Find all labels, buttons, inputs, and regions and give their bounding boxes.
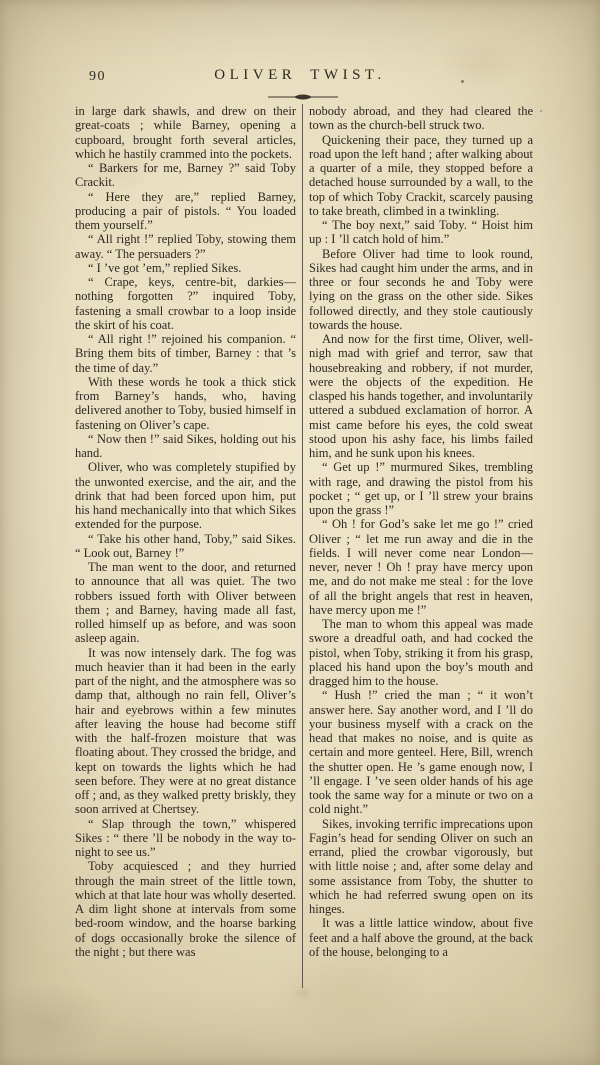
paragraph: “ Get up !” murmured Sikes, trembling wi… bbox=[309, 460, 533, 517]
column-divider bbox=[302, 104, 303, 988]
paragraph: The man went to the door, and returned t… bbox=[75, 560, 296, 646]
paragraph: “ I ’ve got ’em,” replied Sikes. bbox=[75, 261, 296, 275]
paragraph: in large dark shawls, and drew on their … bbox=[75, 104, 296, 161]
header-rule-ornament bbox=[268, 92, 338, 102]
left-column: in large dark shawls, and drew on their … bbox=[75, 104, 296, 996]
paragraph: It was now intensely dark. The fog was m… bbox=[75, 646, 296, 817]
ink-speck bbox=[540, 110, 542, 112]
paragraph: Quickening their pace, they turned up a … bbox=[309, 133, 533, 219]
paragraph: And now for the first time, Oliver, well… bbox=[309, 332, 533, 460]
paragraph: nobody abroad, and they had cleared the … bbox=[309, 104, 533, 133]
paragraph: “ Now then !” said Sikes, holding out hi… bbox=[75, 432, 296, 461]
paragraph: With these words he took a thick stick f… bbox=[75, 375, 296, 432]
paragraph: It was a little lattice window, about fi… bbox=[309, 916, 533, 959]
paragraph: Sikes, invoking terrific imprecations up… bbox=[309, 817, 533, 917]
paragraph: “ Take his other hand, Toby,” said Sikes… bbox=[75, 532, 296, 561]
right-column: nobody abroad, and they had cleared the … bbox=[309, 104, 533, 996]
text-block: in large dark shawls, and drew on their … bbox=[75, 104, 533, 996]
paragraph: Oliver, who was completely stupified by … bbox=[75, 460, 296, 531]
paragraph: “ The boy next,” said Toby. “ Hoist him … bbox=[309, 218, 533, 247]
paragraph: “ Hush !” cried the man ; “ it won’t ans… bbox=[309, 688, 533, 816]
paragraph: “ Oh ! for God’s sake let me go !” cried… bbox=[309, 517, 533, 617]
paragraph: “ Crape, keys, centre-bit, darkies— noth… bbox=[75, 275, 296, 332]
paragraph: “ Here they are,” replied Barney, produc… bbox=[75, 190, 296, 233]
book-page: 90 OLIVER TWIST. in large dark shawls, a… bbox=[0, 0, 600, 1065]
paragraph: “ All right !” replied Toby, stowing the… bbox=[75, 232, 296, 261]
page-header: 90 OLIVER TWIST. bbox=[0, 67, 600, 89]
paragraph: “ Barkers for me, Barney ?” said Toby Cr… bbox=[75, 161, 296, 190]
running-title: OLIVER TWIST. bbox=[0, 67, 600, 84]
paragraph: “ Slap through the town,” whispered Sike… bbox=[75, 817, 296, 860]
paragraph: “ All right !” rejoined his companion. “… bbox=[75, 332, 296, 375]
paragraph: Toby acquiesced ; and they hurried throu… bbox=[75, 859, 296, 959]
paragraph: Before Oliver had time to look round, Si… bbox=[309, 247, 533, 333]
paragraph: The man to whom this appeal was made swo… bbox=[309, 617, 533, 688]
